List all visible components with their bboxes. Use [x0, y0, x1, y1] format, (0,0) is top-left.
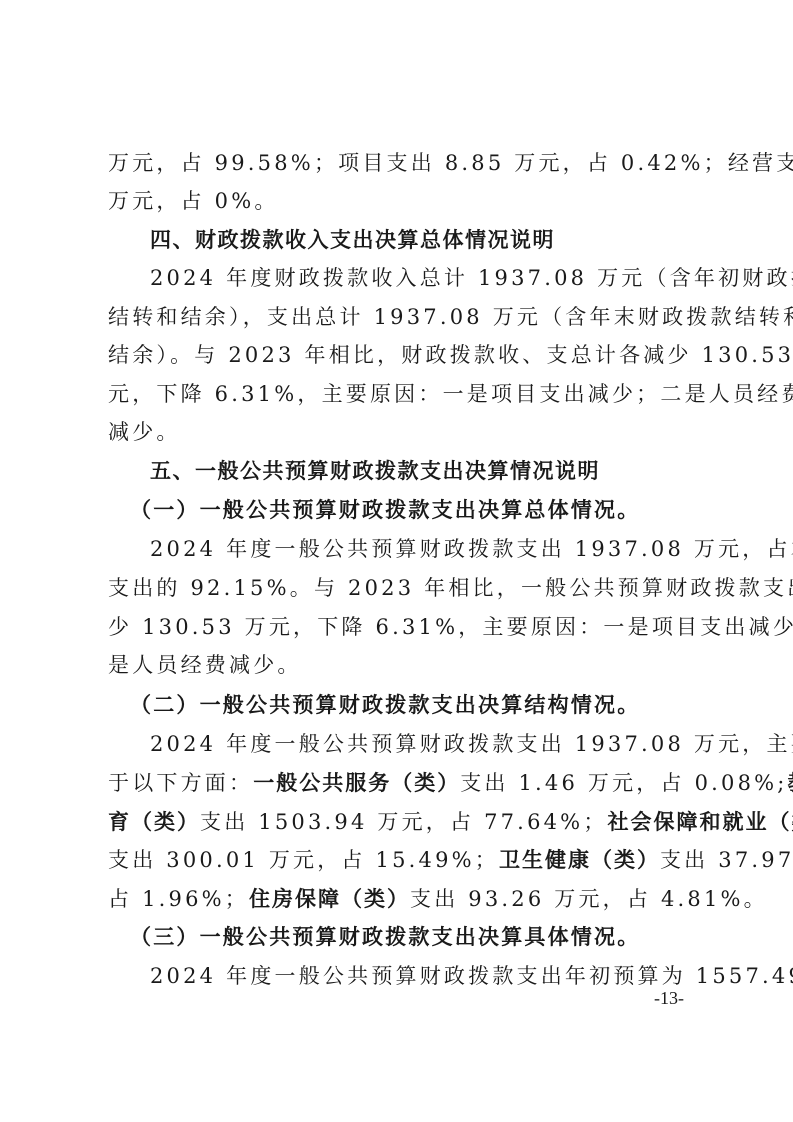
bold-category: 育（类）: [108, 810, 200, 834]
bold-category: 卫生健康（类）: [499, 848, 660, 872]
plain-text: 于以下方面：: [108, 771, 253, 795]
section-heading-4: 四、财政拨款收入支出决算总体情况说明: [150, 225, 555, 255]
bold-category: 一般公共服务（类）: [253, 771, 460, 795]
paragraph-line-mixed: 占 1.96%；住房保障（类）支出 93.26 万元，占 4.81%。: [108, 884, 692, 914]
plain-text: 支出 1503.94 万元，占 77.64%；: [200, 810, 608, 834]
subsection-heading-3: （三）一般公共预算财政拨款支出决算具体情况。: [130, 922, 640, 952]
plain-text: 支出 300.01 万元，占 15.49%；: [108, 848, 499, 872]
paragraph-line: 少 130.53 万元，下降 6.31%，主要原因：一是项目支出减少；二: [108, 612, 692, 642]
plain-text: 支出 93.26 万元，占 4.81%。: [410, 887, 768, 911]
paragraph-line: 万元，占 99.58%；项目支出 8.85 万元，占 0.42%；经营支出 0: [108, 148, 692, 178]
paragraph-line-mixed: 于以下方面：一般公共服务（类）支出 1.46 万元，占 0.08%;教: [108, 768, 692, 798]
paragraph-line: 是人员经费减少。: [108, 650, 692, 680]
bold-category: 住房保障（类）: [249, 887, 410, 911]
paragraph-line: 2024 年度一般公共预算财政拨款支出年初预算为 1557.49 万: [150, 961, 692, 991]
paragraph-line-mixed: 育（类）支出 1503.94 万元，占 77.64%；社会保障和就业（类）: [108, 807, 692, 837]
page-number: -13-: [654, 986, 684, 1010]
paragraph-line: 元，下降 6.31%，主要原因：一是项目支出减少；二是人员经费: [108, 379, 692, 409]
paragraph-line: 支出的 92.15%。与 2023 年相比，一般公共预算财政拨款支出减: [108, 573, 692, 603]
subsection-heading-2: （二）一般公共预算财政拨款支出决算结构情况。: [130, 690, 640, 720]
section-heading-5: 五、一般公共预算财政拨款支出决算情况说明: [150, 456, 600, 486]
subsection-heading-1: （一）一般公共预算财政拨款支出决算总体情况。: [130, 495, 640, 525]
paragraph-line: 结转和结余），支出总计 1937.08 万元（含年末财政拨款结转和: [108, 302, 692, 332]
plain-text: 支出 37.97 万元，: [660, 848, 793, 872]
paragraph-line-mixed: 支出 300.01 万元，占 15.49%；卫生健康（类）支出 37.97 万元…: [108, 845, 692, 875]
bold-category: 社会保障和就业（类）: [608, 810, 793, 834]
paragraph-line: 2024 年度一般公共预算财政拨款支出 1937.08 万元，主要用: [150, 729, 692, 759]
paragraph-line: 2024 年度财政拨款收入总计 1937.08 万元（含年初财政拨款: [150, 263, 692, 293]
paragraph-line: 万元，占 0%。: [108, 186, 692, 216]
plain-text: 占 1.96%；: [108, 887, 249, 911]
paragraph-line: 2024 年度一般公共预算财政拨款支出 1937.08 万元，占本年: [150, 534, 692, 564]
plain-text: 支出 1.46 万元，占 0.08%;: [460, 771, 787, 795]
bold-category: 教: [788, 771, 793, 795]
paragraph-line: 减少。: [108, 417, 692, 447]
paragraph-line: 结余）。与 2023 年相比，财政拨款收、支总计各减少 130.53 万: [108, 340, 692, 370]
document-page: 万元，占 99.58%；项目支出 8.85 万元，占 0.42%；经营支出 0 …: [0, 0, 793, 1122]
